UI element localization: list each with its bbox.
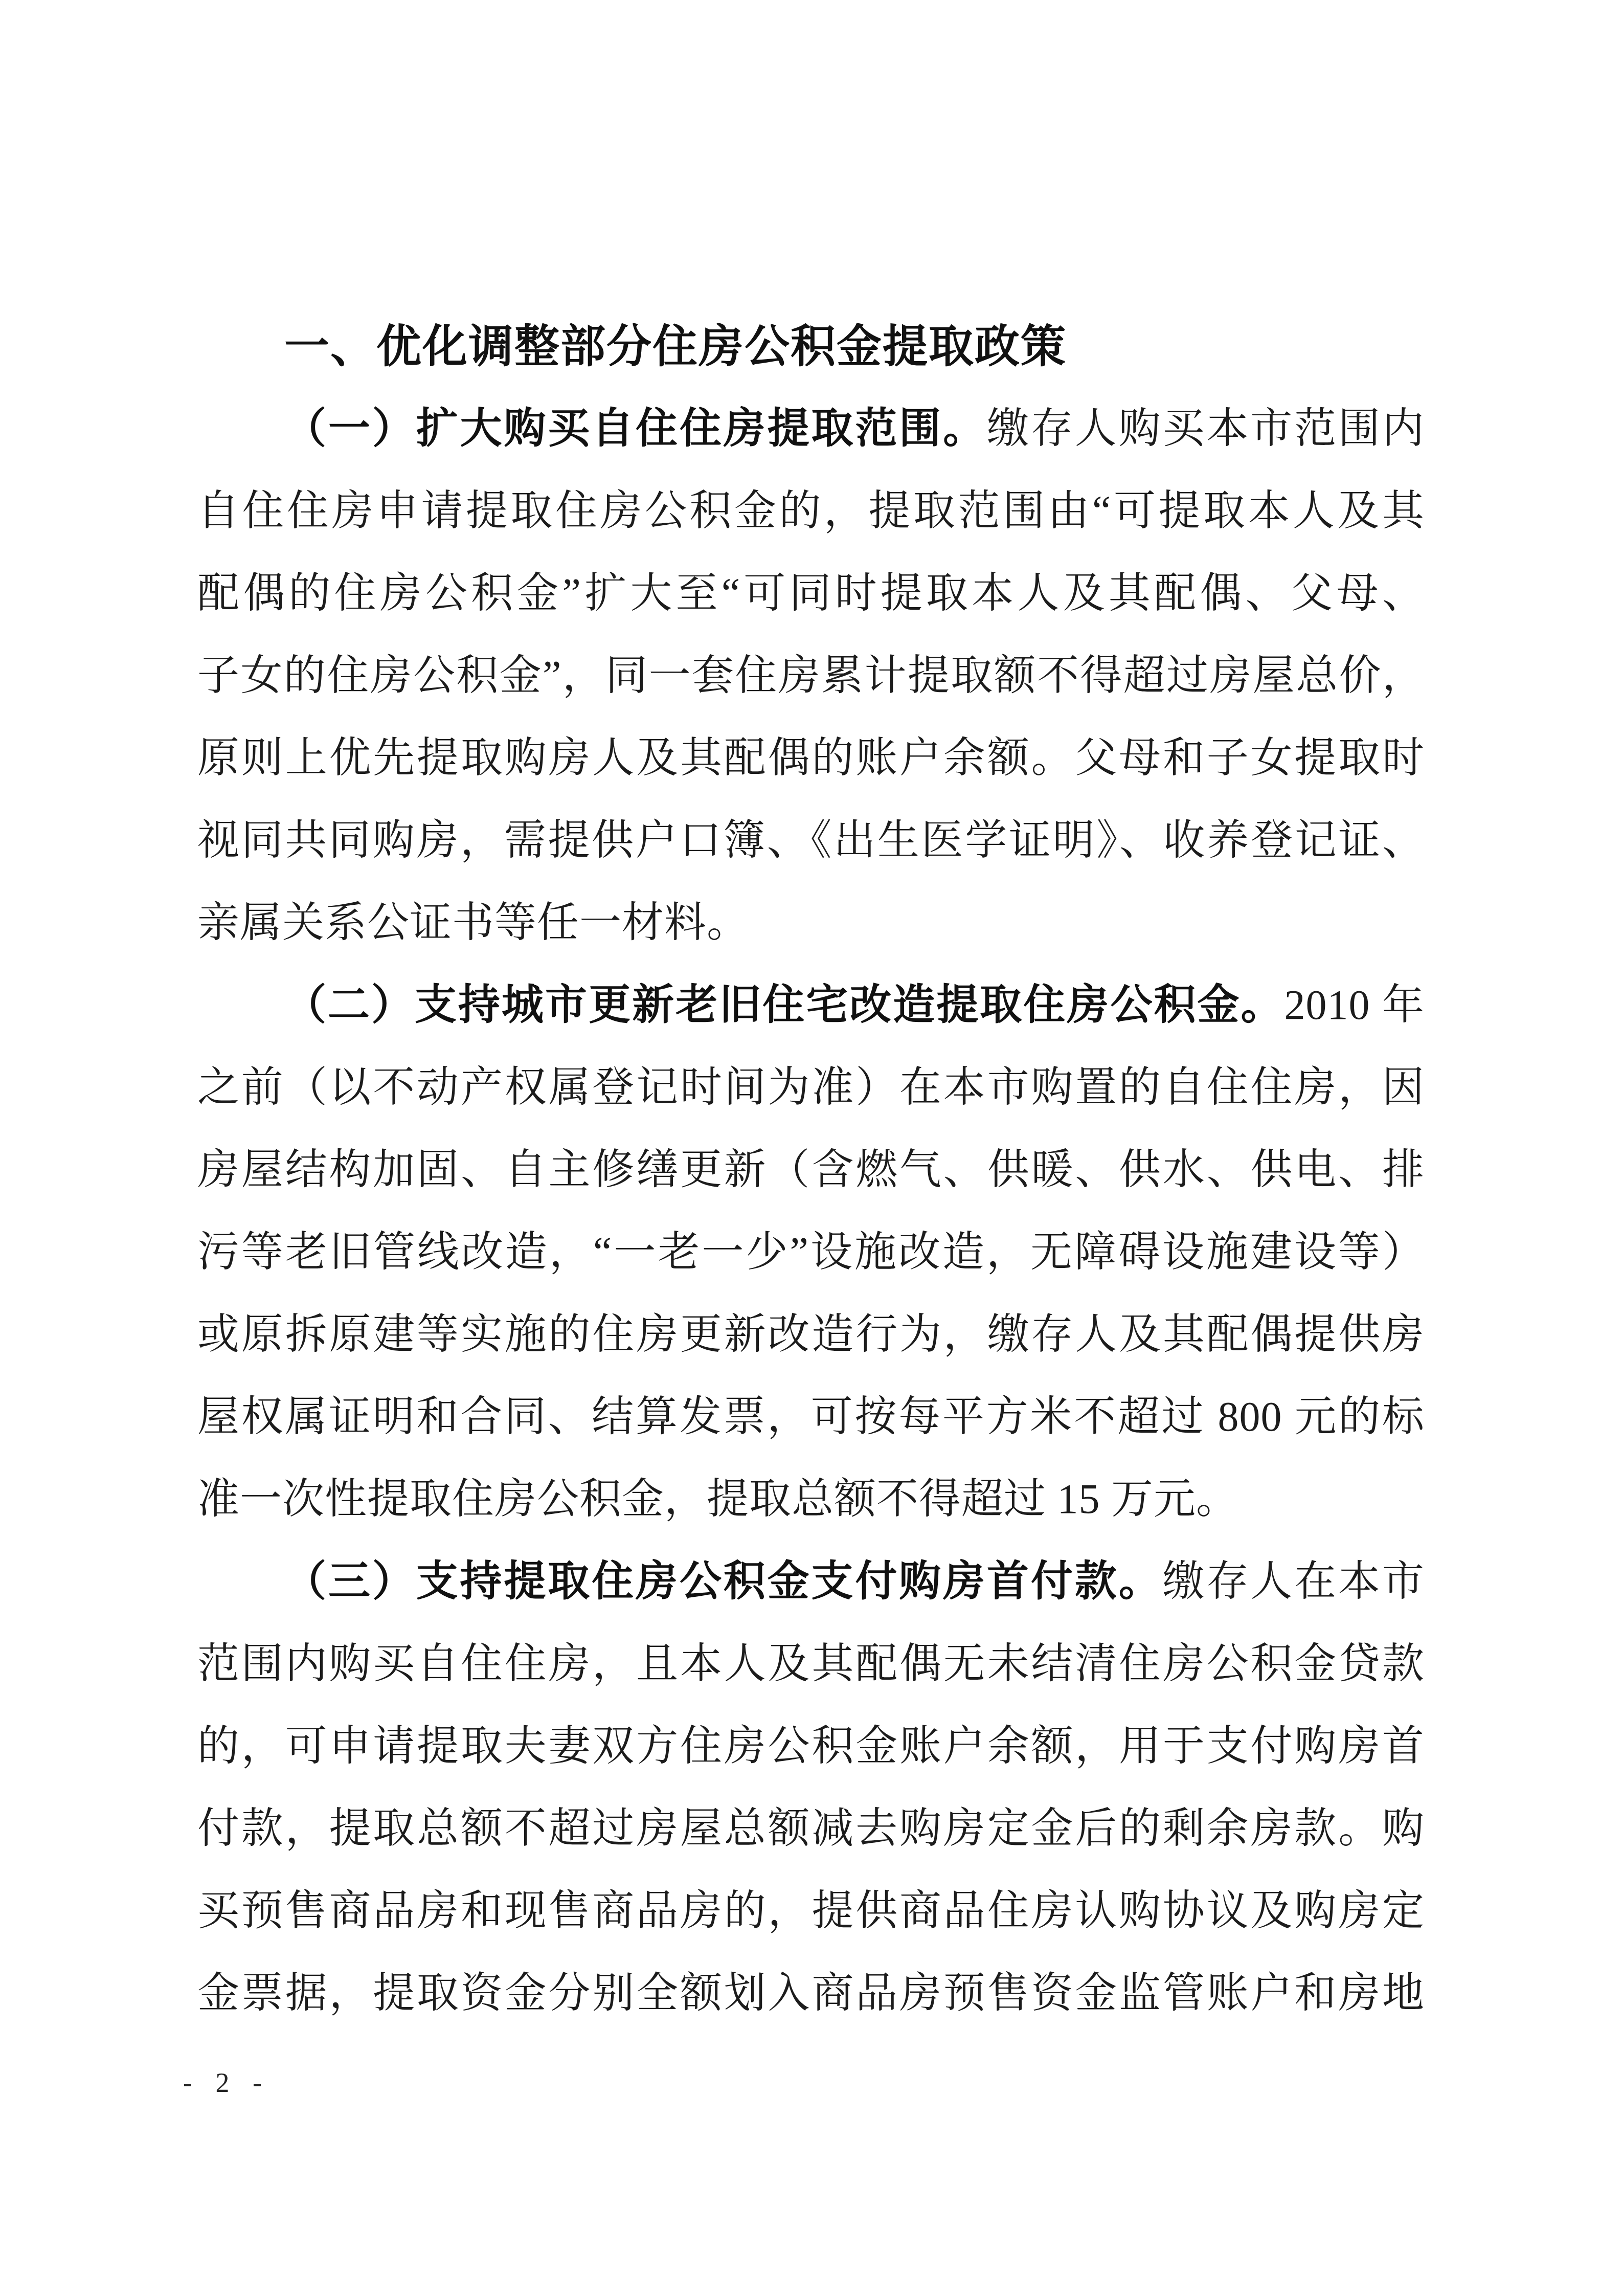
line-text: 缴存人购买本市范围内	[987, 405, 1425, 452]
line-text: 缴存人在本市	[1163, 1558, 1425, 1604]
text-line: （二）支持城市更新老旧住宅改造提取住房公积金。2010 年	[197, 964, 1425, 1046]
line-text: 或原拆原建等实施的住房更新改造行为，缴存人及其配偶提供房	[197, 1311, 1425, 1357]
text-line: 配偶的住房公积金”扩大至“可同时提取本人及其配偶、父母、	[197, 552, 1425, 634]
line-text: 付款，提取总额不超过房屋总额减去购房定金后的剩余房款。购	[197, 1805, 1425, 1852]
line-text: 买预售商品房和现售商品房的，提供商品住房认购协议及购房定	[197, 1887, 1425, 1934]
text-line: 自住住房申请提取住房公积金的，提取范围由“可提取本人及其	[197, 470, 1425, 552]
line-text: 亲属关系公证书等任一材料。	[197, 899, 749, 946]
subsection-title: （三）支持提取住房公积金支付购房首付款。	[284, 1558, 1163, 1604]
text-line: 准一次性提取住房公积金，提取总额不得超过 15 万元。	[197, 1458, 1425, 1540]
line-text: 子女的住房公积金”，同一套住房累计提取额不得超过房屋总价，	[197, 652, 1425, 699]
line-text: 之前（以不动产权属登记时间为准）在本市购置的自住住房，因	[197, 1064, 1425, 1110]
text-line: （三）支持提取住房公积金支付购房首付款。缴存人在本市	[197, 1540, 1425, 1622]
text-line: 之前（以不动产权属登记时间为准）在本市购置的自住住房，因	[197, 1046, 1425, 1128]
text-line: 金票据，提取资金分别全额划入商品房预售资金监管账户和房地	[197, 1952, 1425, 2034]
document-heading: 一、优化调整部分住房公积金提取政策	[197, 305, 1425, 387]
text-line: 买预售商品房和现售商品房的，提供商品住房认购协议及购房定	[197, 1869, 1425, 1952]
line-text: 的，可申请提取夫妻双方住房公积金账户余额，用于支付购房首	[197, 1723, 1425, 1769]
text-line: 视同共同购房，需提供户口簿、《出生医学证明》、收养登记证、	[197, 799, 1425, 881]
line-text: 金票据，提取资金分别全额划入商品房预售资金监管账户和房地	[197, 1970, 1425, 2016]
heading-text: 一、优化调整部分住房公积金提取政策	[284, 321, 1067, 371]
line-text: 视同共同购房，需提供户口簿、《出生医学证明》、收养登记证、	[197, 817, 1425, 863]
text-line: 亲属关系公证书等任一材料。	[197, 881, 1425, 964]
line-text: 自住住房申请提取住房公积金的，提取范围由“可提取本人及其	[197, 487, 1425, 534]
line-text: 准一次性提取住房公积金，提取总额不得超过 15 万元。	[197, 1476, 1238, 1522]
text-line: 污等老旧管线改造，“一老一少”设施改造，无障碍设施建设等）	[197, 1211, 1425, 1293]
subsection-title: （一）扩大购买自住住房提取范围。	[284, 405, 987, 452]
text-line: 付款，提取总额不超过房屋总额减去购房定金后的剩余房款。购	[197, 1787, 1425, 1869]
text-line: 或原拆原建等实施的住房更新改造行为，缴存人及其配偶提供房	[197, 1293, 1425, 1375]
line-text: 范围内购买自住住房，且本人及其配偶无未结清住房公积金贷款	[197, 1640, 1425, 1687]
text-line: 原则上优先提取购房人及其配偶的账户余额。父母和子女提取时	[197, 717, 1425, 799]
line-text: 配偶的住房公积金”扩大至“可同时提取本人及其配偶、父母、	[197, 570, 1425, 616]
text-line: 子女的住房公积金”，同一套住房累计提取额不得超过房屋总价，	[197, 634, 1425, 717]
text-line: 房屋结构加固、自主修缮更新（含燃气、供暖、供水、供电、排	[197, 1128, 1425, 1211]
line-text: 污等老旧管线改造，“一老一少”设施改造，无障碍设施建设等）	[197, 1229, 1425, 1275]
subsection-title: （二）支持城市更新老旧住宅改造提取住房公积金。	[284, 982, 1284, 1028]
text-line: （一）扩大购买自住住房提取范围。缴存人购买本市范围内	[197, 387, 1425, 470]
text-line: 屋权属证明和合同、结算发票，可按每平方米不超过 800 元的标	[197, 1375, 1425, 1458]
text-line: 的，可申请提取夫妻双方住房公积金账户余额，用于支付购房首	[197, 1705, 1425, 1787]
line-text: 屋权属证明和合同、结算发票，可按每平方米不超过 800 元的标	[197, 1393, 1425, 1440]
page-number: - 2 -	[183, 2067, 270, 2098]
document-body: 一、优化调整部分住房公积金提取政策（一）扩大购买自住住房提取范围。缴存人购买本市…	[197, 305, 1425, 2034]
document-page: 一、优化调整部分住房公积金提取政策（一）扩大购买自住住房提取范围。缴存人购买本市…	[0, 0, 1623, 2296]
text-line: 范围内购买自住住房，且本人及其配偶无未结清住房公积金贷款	[197, 1622, 1425, 1705]
line-text: 2010 年	[1284, 982, 1425, 1028]
line-text: 房屋结构加固、自主修缮更新（含燃气、供暖、供水、供电、排	[197, 1146, 1425, 1193]
line-text: 原则上优先提取购房人及其配偶的账户余额。父母和子女提取时	[197, 734, 1425, 781]
